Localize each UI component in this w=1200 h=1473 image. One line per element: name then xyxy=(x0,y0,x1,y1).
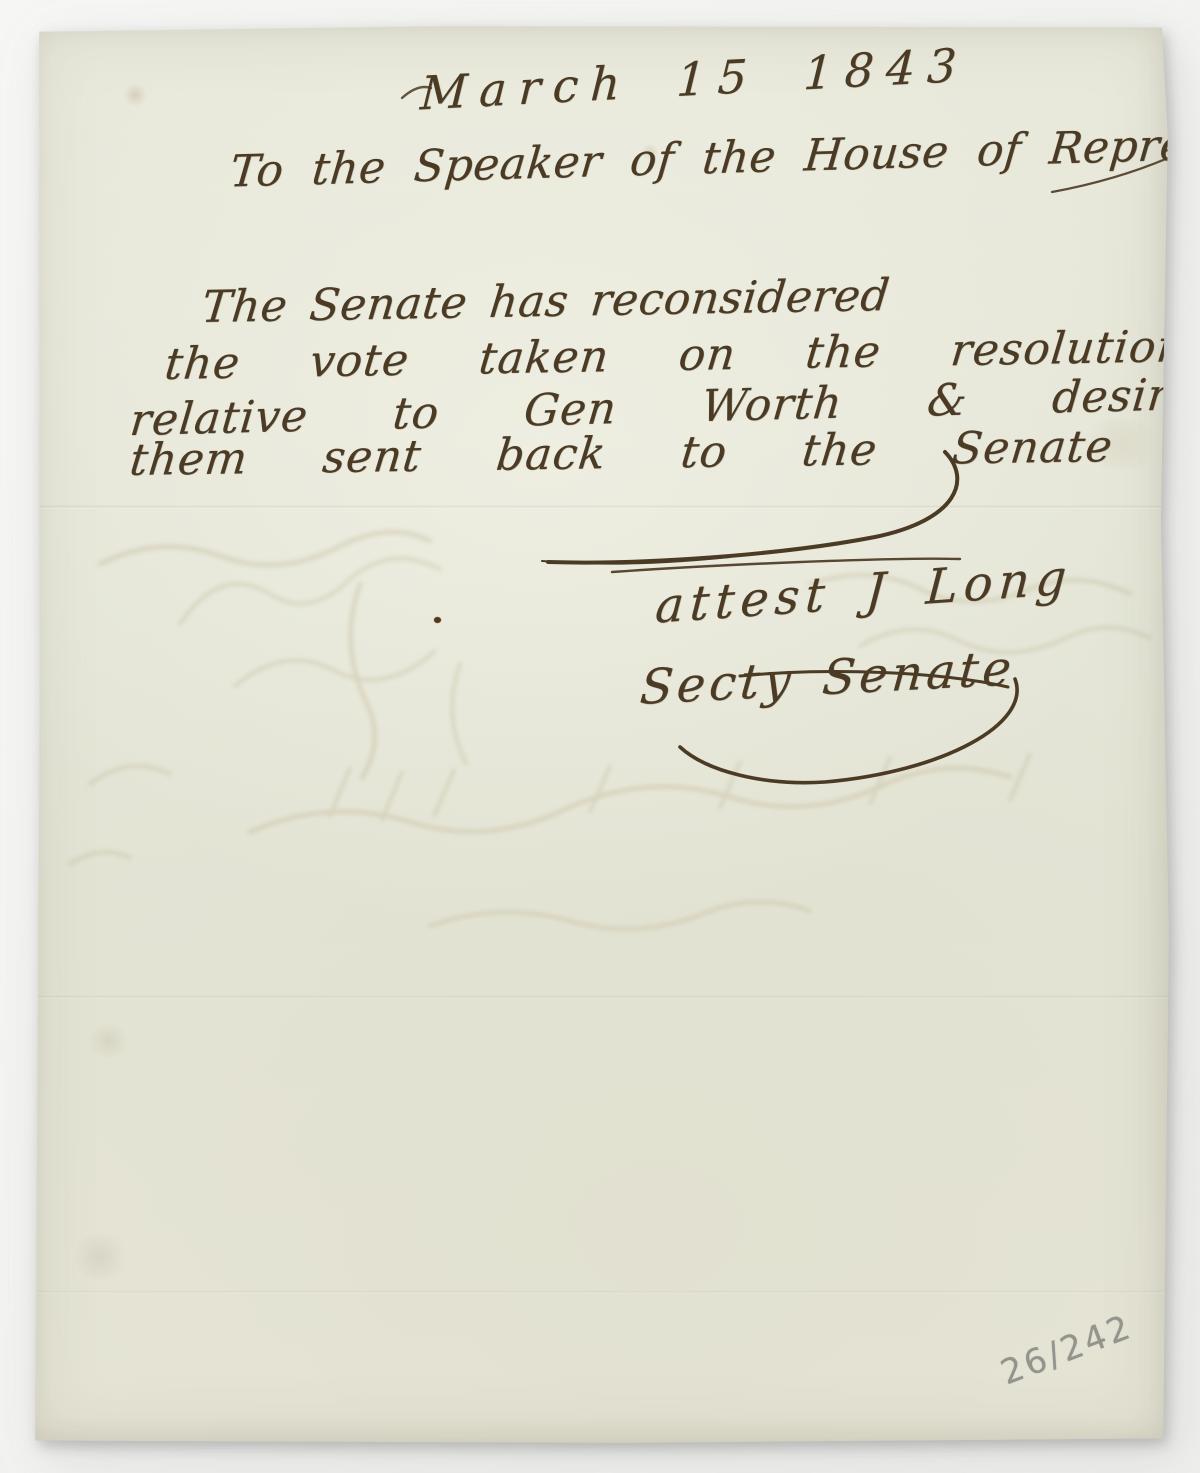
pen-flourishes xyxy=(30,24,1170,1444)
fold-crease xyxy=(30,1290,1170,1294)
archival-number-pencil: 26/242 xyxy=(995,1307,1138,1394)
paper-stain xyxy=(85,1024,131,1058)
attestation-title-struck-word: Senate xyxy=(820,640,1017,706)
paper-stain xyxy=(122,84,148,106)
attestation-signature: attest J Long xyxy=(654,549,1075,635)
attestation-title-word: Secty xyxy=(638,652,797,716)
paper-stain xyxy=(70,1234,130,1280)
salutation-line: To the Speaker of the House of Represen xyxy=(228,117,1200,197)
photo-background: March 15 1843 To the Speaker of the Hous… xyxy=(0,0,1200,1473)
fold-crease xyxy=(30,505,1170,509)
ink-bleedthrough xyxy=(30,24,1170,1444)
fold-crease xyxy=(30,995,1170,999)
date-line: March 15 1843 xyxy=(419,38,970,121)
document-sheet: March 15 1843 To the Speaker of the Hous… xyxy=(30,24,1170,1444)
ink-blot xyxy=(434,617,441,623)
body-line: The Senate has reconsidered xyxy=(199,270,892,333)
paper-shadow: March 15 1843 To the Speaker of the Hous… xyxy=(0,0,1200,1473)
attestation-title: SectySenate xyxy=(638,640,1018,716)
